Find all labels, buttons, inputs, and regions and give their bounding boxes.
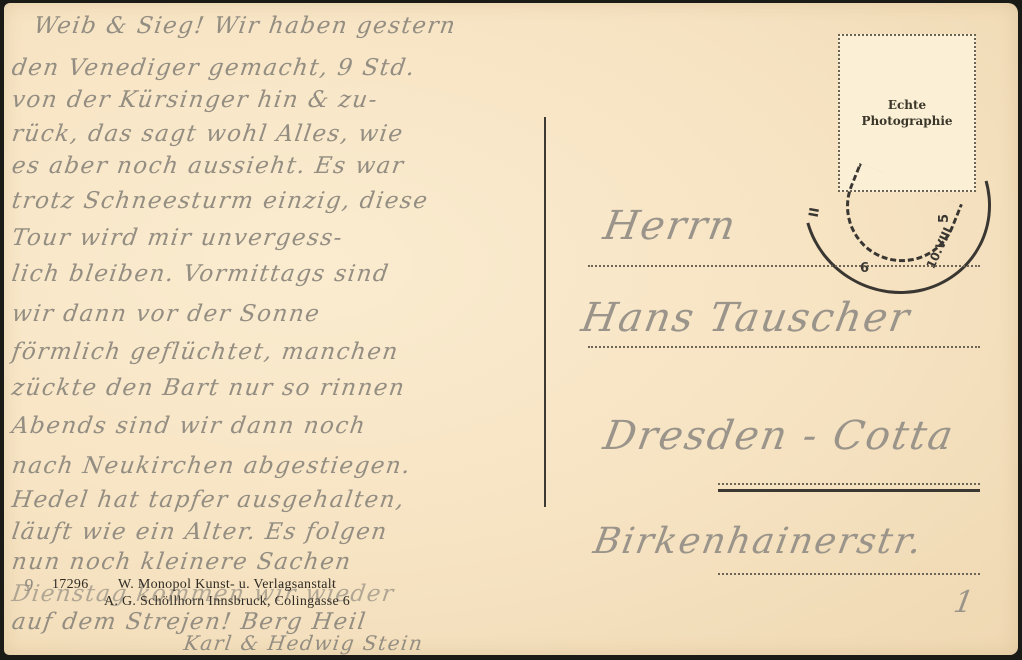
publisher-line-1: W. Monopol Kunst- u. Verlagsanstalt [118,577,336,593]
address-underline [718,489,980,492]
message-line: Weib & Sieg! Wir haben gestern [32,13,458,39]
address-line [718,573,980,575]
message-line: Karl & Hedwig Stein [182,631,425,655]
message-line: wir dann vor der Sonne [10,301,322,327]
postmark-text: 5 [937,214,952,223]
address-city: Dresden - Cotta [600,413,958,459]
postcard-back: Weib & Sieg! Wir haben gestern den Vened… [4,3,1018,655]
message-line: es aber noch aussieht. Es war [10,153,406,179]
message-line: förmlich geflüchtet, manchen [10,339,400,365]
message-line: Hedel hat tapfer ausgehalten, [10,487,407,513]
address-line [588,265,980,267]
message-line: rück, das sagt wohl Alles, wie [10,121,405,147]
message-line: trotz Schneesturm einzig, diese [10,188,430,214]
pencil-mark: 9 [24,575,33,596]
address-line [588,346,980,348]
message-line: läuft wie ein Alter. Es folgen [10,519,389,545]
address-house-number: 1 [951,585,978,620]
address-name: Hans Tauscher [578,295,915,341]
message-line: Abends sind wir dann noch [10,413,368,439]
address-salutation: Herrn [600,203,741,249]
message-line: den Venediger gemacht, 9 Std. [10,55,417,81]
card-number: 17296 [52,577,89,593]
postmark-text: 6 [860,261,869,276]
address-line [718,483,980,485]
message-line: lich bleiben. Vormittags sind [10,261,391,287]
center-divider [544,117,546,507]
message-line: von der Kürsinger hin & zu- [10,87,380,113]
message-line: nach Neukirchen abgestiegen. [10,453,413,479]
address-street: Birkenhainerstr. [590,521,926,562]
message-line: nun noch kleinere Sachen [10,549,353,575]
message-line: Tour wird mir unvergess- [10,225,345,251]
message-line: zückte den Bart nur so rinnen [10,375,407,401]
publisher-line-2: A. G. Schöllhorn Innsbruck, Colingasse 6 [104,594,350,610]
